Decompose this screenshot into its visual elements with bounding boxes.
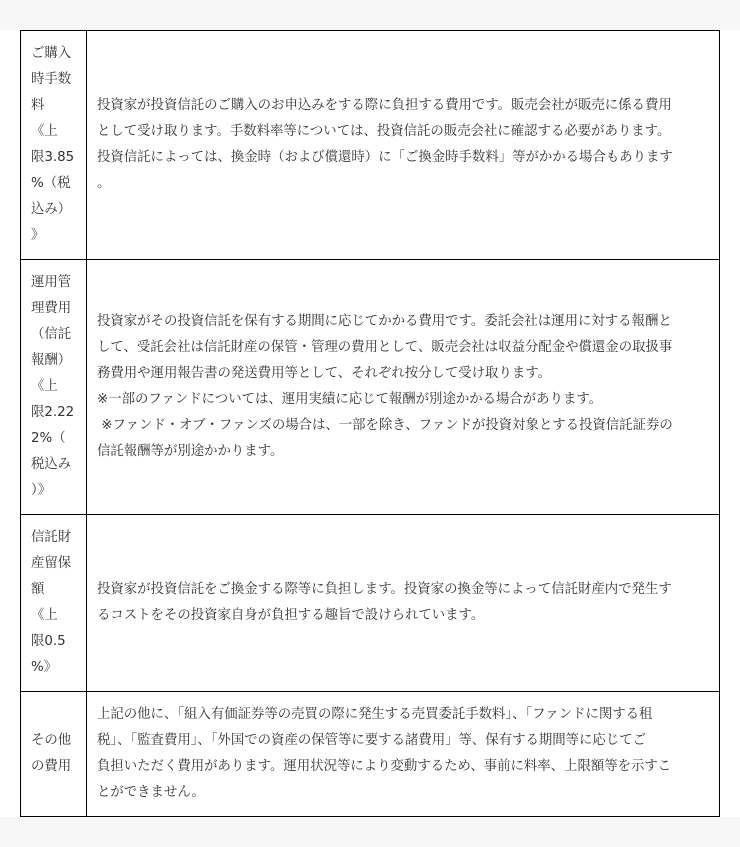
fee-row-other-costs: その他 の費用 上記の他に、「組入有価証券等の売買の際に発生する売買委託手数料」… [21,692,720,817]
fee-description-cell: 投資家が投資信託をご換金する際等に負担します。投資家の換金等によって信託財産内で… [87,515,720,692]
fee-label-line: ）》 [31,478,86,504]
fee-table: ご購入 時手数 料 《上 限3.85 %（税 込み） 》 投資家が投資信託のご購… [20,30,720,817]
fee-description-line: 投資家が投資信託のご購入のお申込みをする際に負担する費用です。販売会社が販売に係… [97,93,709,119]
fee-label-line: 《上 [31,374,86,400]
fee-label-line: 運用管 [31,270,86,296]
fee-label-line: 信託財 [31,525,86,551]
fee-description-line: ※ファンド・オブ・ファンズの場合は、一部を除き、ファンドが投資対象とする投資信託… [97,413,709,439]
fee-row-trust-reserve: 信託財 産留保 額 《上 限0.5 %》 投資家が投資信託をご換金する際等に負担… [21,515,720,692]
fee-label-line: 理費用 [31,296,86,322]
fee-description-line: 投資家が投資信託をご換金する際等に負担します。投資家の換金等によって信託財産内で… [97,577,709,603]
fee-label-line: 》 [31,223,86,249]
fee-description-line: 投資家がその投資信託を保有する期間に応じてかかる費用です。委託会社は運用に対する… [97,309,709,335]
fee-row-management-fee: 運用管 理費用 （信託 報酬） 《上 限2.22 2%（ 税込み ）》 投資家が… [21,260,720,515]
fee-description-line: ※一部のファンドについては、運用実績に応じて報酬が別途かかる場合があります。 [97,387,709,413]
fee-label-line: %（税 [31,171,86,197]
fee-label-cell: 信託財 産留保 額 《上 限0.5 %》 [21,515,87,692]
fee-description-cell: 投資家が投資信託のご購入のお申込みをする際に負担する費用です。販売会社が販売に係… [87,31,720,260]
fee-label-line: 限0.5 [31,629,86,655]
fee-description-line: るコストをその投資家自身が負担する趣旨で設けられています。 [97,603,709,629]
fee-label-line: 限2.22 [31,400,86,426]
fee-description-line: 務費用や運用報告書の発送費用等として、それぞれ按分して受け取ります。 [97,361,709,387]
fee-description-line: として受け取ります。手数料率等については、投資信託の販売会社に確認する必要があり… [97,119,709,145]
fee-label-cell: その他 の費用 [21,692,87,817]
fee-label-line: 《上 [31,603,86,629]
fee-label-line: 税込み [31,452,86,478]
fee-description-line: 上記の他に、「組入有価証券等の売買の際に発生する売買委託手数料」、「ファンドに関… [97,702,709,728]
fee-description-cell: 投資家がその投資信託を保有する期間に応じてかかる費用です。委託会社は運用に対する… [87,260,720,515]
fee-description-line: 。 [97,171,709,197]
fee-description-line: して、受託会社は信託財産の保管・管理の費用として、販売会社は収益分配金や償還金の… [97,335,709,361]
fee-label-line: 時手数 [31,67,86,93]
fee-label-cell: ご購入 時手数 料 《上 限3.85 %（税 込み） 》 [21,31,87,260]
fee-label-line: （信託 [31,322,86,348]
fee-description-line: 負担いただく費用があります。運用状況等により変動するため、事前に料率、上限額等を… [97,754,709,780]
fee-label-line: の費用 [31,754,86,780]
fee-label-line: 2%（ [31,426,86,452]
fee-row-purchase-fee: ご購入 時手数 料 《上 限3.85 %（税 込み） 》 投資家が投資信託のご購… [21,31,720,260]
fee-label-cell: 運用管 理費用 （信託 報酬） 《上 限2.22 2%（ 税込み ）》 [21,260,87,515]
fee-label-line: 込み） [31,197,86,223]
fee-description-cell: 上記の他に、「組入有価証券等の売買の際に発生する売買委託手数料」、「ファンドに関… [87,692,720,817]
fee-label-line: ご購入 [31,41,86,67]
fee-label-line: %》 [31,655,86,681]
fee-label-line: 《上 [31,119,86,145]
fee-description-line: 税」、「監査費用」、「外国での資産の保管等に要する諸費用」等、保有する期間等に応… [97,728,709,754]
fee-label-line: 報酬） [31,348,86,374]
fee-label-line: その他 [31,728,86,754]
fee-description-line: 投資信託によっては、換金時（および償還時）に「ご換金時手数料」等がかかる場合もあ… [97,145,709,171]
fee-label-line: 産留保 [31,551,86,577]
fee-label-line: 料 [31,93,86,119]
fee-description-line: とができません。 [97,780,709,806]
fee-label-line: 限3.85 [31,145,86,171]
fee-description-line: 信託報酬等が別途かかります。 [97,439,709,465]
fee-label-line: 額 [31,577,86,603]
